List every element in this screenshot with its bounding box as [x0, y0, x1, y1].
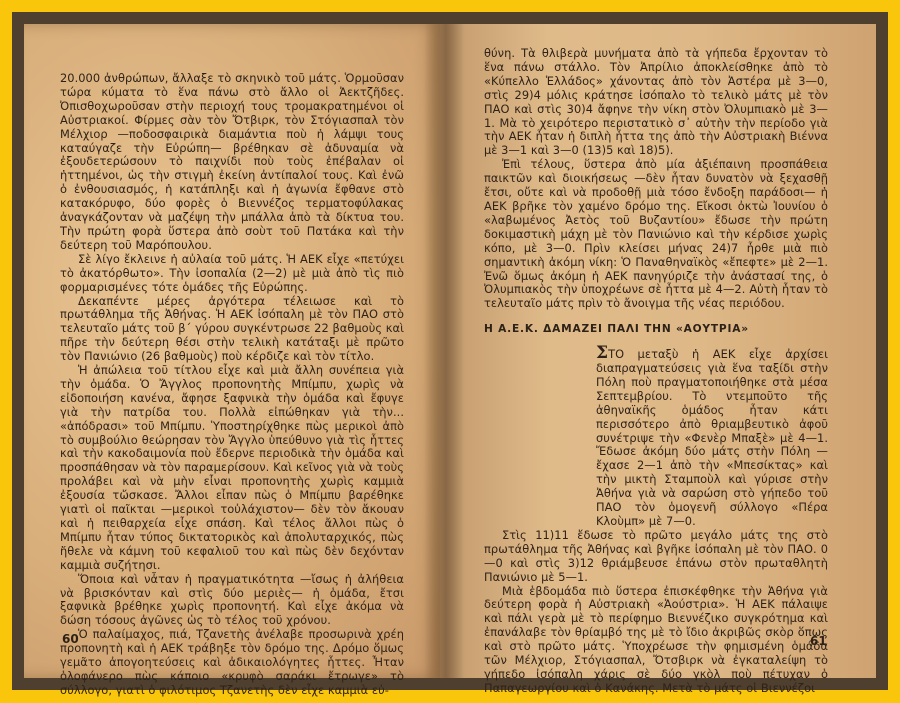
- paragraph: Μιὰ ἑβδομάδα πιὸ ὕστερα ἐπισκέφθηκε τὴν …: [484, 585, 828, 696]
- paragraph: Ὅποια καὶ νἆταν ἡ πραγματικότητα —ἴσως ἡ…: [60, 573, 404, 629]
- paragraph: Ἡ ἀπώλεια τοῦ τίτλου εἶχε καὶ μιὰ ἄλλη σ…: [60, 364, 404, 573]
- paragraph: Ὁ παλαίμαχος, πιά, Τζανετὴς ἀνέλαβε προσ…: [60, 628, 404, 698]
- section-heading: Η Α.Ε.Κ. ΔΑΜΑΖΕΙ ΠΑΛΙ ΤΗΝ «ΑΟΥΤΡΙΑ»: [484, 323, 828, 337]
- left-page: 20.000 ἀνθρώπων, ἄλλαξε τὸ σκηνικὸ τοῦ μ…: [24, 24, 440, 678]
- paragraph: Στὶς 11)11 ἔδωσε τὸ πρῶτο μεγάλο μάτς τη…: [484, 529, 828, 585]
- left-page-text: 20.000 ἀνθρώπων, ἄλλαξε τὸ σκηνικὸ τοῦ μ…: [60, 72, 404, 698]
- paragraph: θύνη. Τὰ θλιβερὰ μυνήματα ἀπὸ τὰ γήπεδα …: [484, 47, 828, 158]
- paragraph: Ἐπὶ τέλους, ὕστερα ἀπὸ μία ἀξιέπαινη προ…: [484, 158, 828, 311]
- right-page: θύνη. Τὰ θλιβερὰ μυνήματα ἀπὸ τὰ γήπεδα …: [440, 24, 876, 678]
- paragraph: 20.000 ἀνθρώπων, ἄλλαξε τὸ σκηνικὸ τοῦ μ…: [60, 72, 404, 253]
- page-number-right: 61: [810, 634, 827, 648]
- right-page-text: θύνη. Τὰ θλιβερὰ μυνήματα ἀπὸ τὰ γήπεδα …: [484, 47, 828, 696]
- page-number-left: 60: [62, 632, 79, 646]
- paragraph: Σὲ λίγο ἔκλεινε ἡ αὐλαία τοῦ μάτς. Ἡ ΑΕΚ…: [60, 253, 404, 295]
- paragraph: Δεκαπέντε μέρες ἀργότερα τέλειωσε καὶ τὸ…: [60, 295, 404, 365]
- book-spread: 20.000 ἀνθρώπων, ἄλλαξε τὸ σκηνικὸ τοῦ μ…: [24, 24, 876, 678]
- paragraph-with-dropcap: ΣΤΟ μεταξὺ ἡ ΑΕΚ εἶχε ἀρχίσει διαπραγματ…: [484, 347, 828, 529]
- paragraph-text: ΤΟ μεταξὺ ἡ ΑΕΚ εἶχε ἀρχίσει διαπραγματε…: [596, 347, 828, 528]
